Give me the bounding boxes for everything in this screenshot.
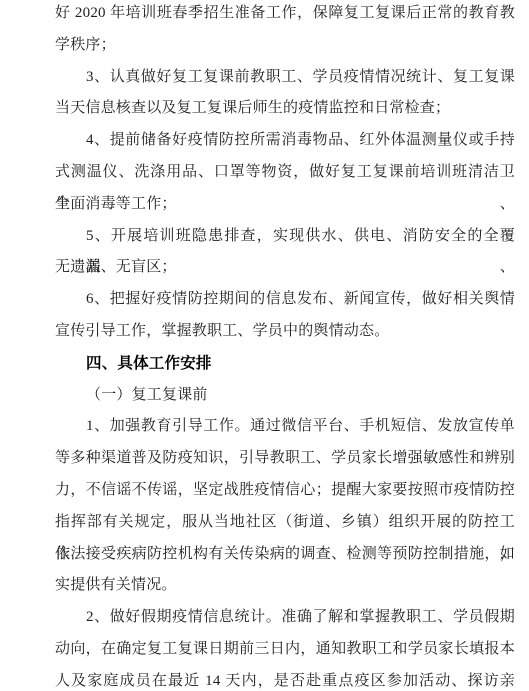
- text-line: 等多种渠道普及防疫知识，引导教职工、学员家长增强敏感性和辨别: [55, 443, 515, 475]
- text-line: 力，不信谣不传谣，坚定战胜疫情信心；提醒大家要按照市疫情防控: [55, 475, 515, 507]
- text-line: 宣传引导工作，掌握教职工、学员中的舆情动态。: [55, 316, 515, 348]
- text-line: 依法接受疾病防控机构有关传染病的调查、检测等预防控制措施，如: [55, 539, 515, 571]
- text-line: 当天信息核查以及复工复课后师生的疫情监控和日常检查；: [55, 93, 515, 125]
- text-line: 1、加强教育引导工作。通过微信平台、手机短信、发放宣传单: [55, 411, 515, 443]
- text-line: （一）复工复课前: [55, 380, 515, 412]
- document-page: 好 2020 年培训班春季招生准备工作，保障复工复课后正常的教育教学秩序；3、认…: [0, 0, 529, 691]
- text-line: 6、把握好疫情防控期间的信息发布、新闻宣传，做好相关舆情: [55, 284, 515, 316]
- text-line: 4、提前储备好疫情防控所需消毒物品、红外体温测量仪或手持: [55, 125, 515, 157]
- text-line: 动向，在确定复工复课日期前三日内，通知教职工和学员家长填报本: [55, 634, 515, 666]
- text-line: 人及家庭成员在最近 14 天内，是否赴重点疫区参加活动、探访亲友，: [55, 666, 515, 691]
- text-line: 指挥部有关规定，服从当地社区（街道、乡镇）组织开展的防控工作，: [55, 507, 515, 539]
- text-line: 实提供有关情况。: [55, 570, 515, 602]
- text-line: 5、开展培训班隐患排查，实现供水、供电、消防安全的全覆盖、: [55, 221, 515, 253]
- text-line: 学秩序；: [55, 30, 515, 62]
- section-heading: 四、具体工作安排: [55, 348, 515, 380]
- text-block: 好 2020 年培训班春季招生准备工作，保障复工复课后正常的教育教学秩序；3、认…: [55, 0, 515, 691]
- text-line: 2、做好假期疫情信息统计。准确了解和掌握教职工、学员假期: [55, 602, 515, 634]
- text-line: 3、认真做好复工复课前教职工、学员疫情情况统计、复工复课: [55, 62, 515, 94]
- text-line: 式测温仪、洗涤用品、口罩等物资，做好复工复课前培训班清洁卫生、: [55, 157, 515, 189]
- text-line: 好 2020 年培训班春季招生准备工作，保障复工复课后正常的教育教: [55, 0, 515, 30]
